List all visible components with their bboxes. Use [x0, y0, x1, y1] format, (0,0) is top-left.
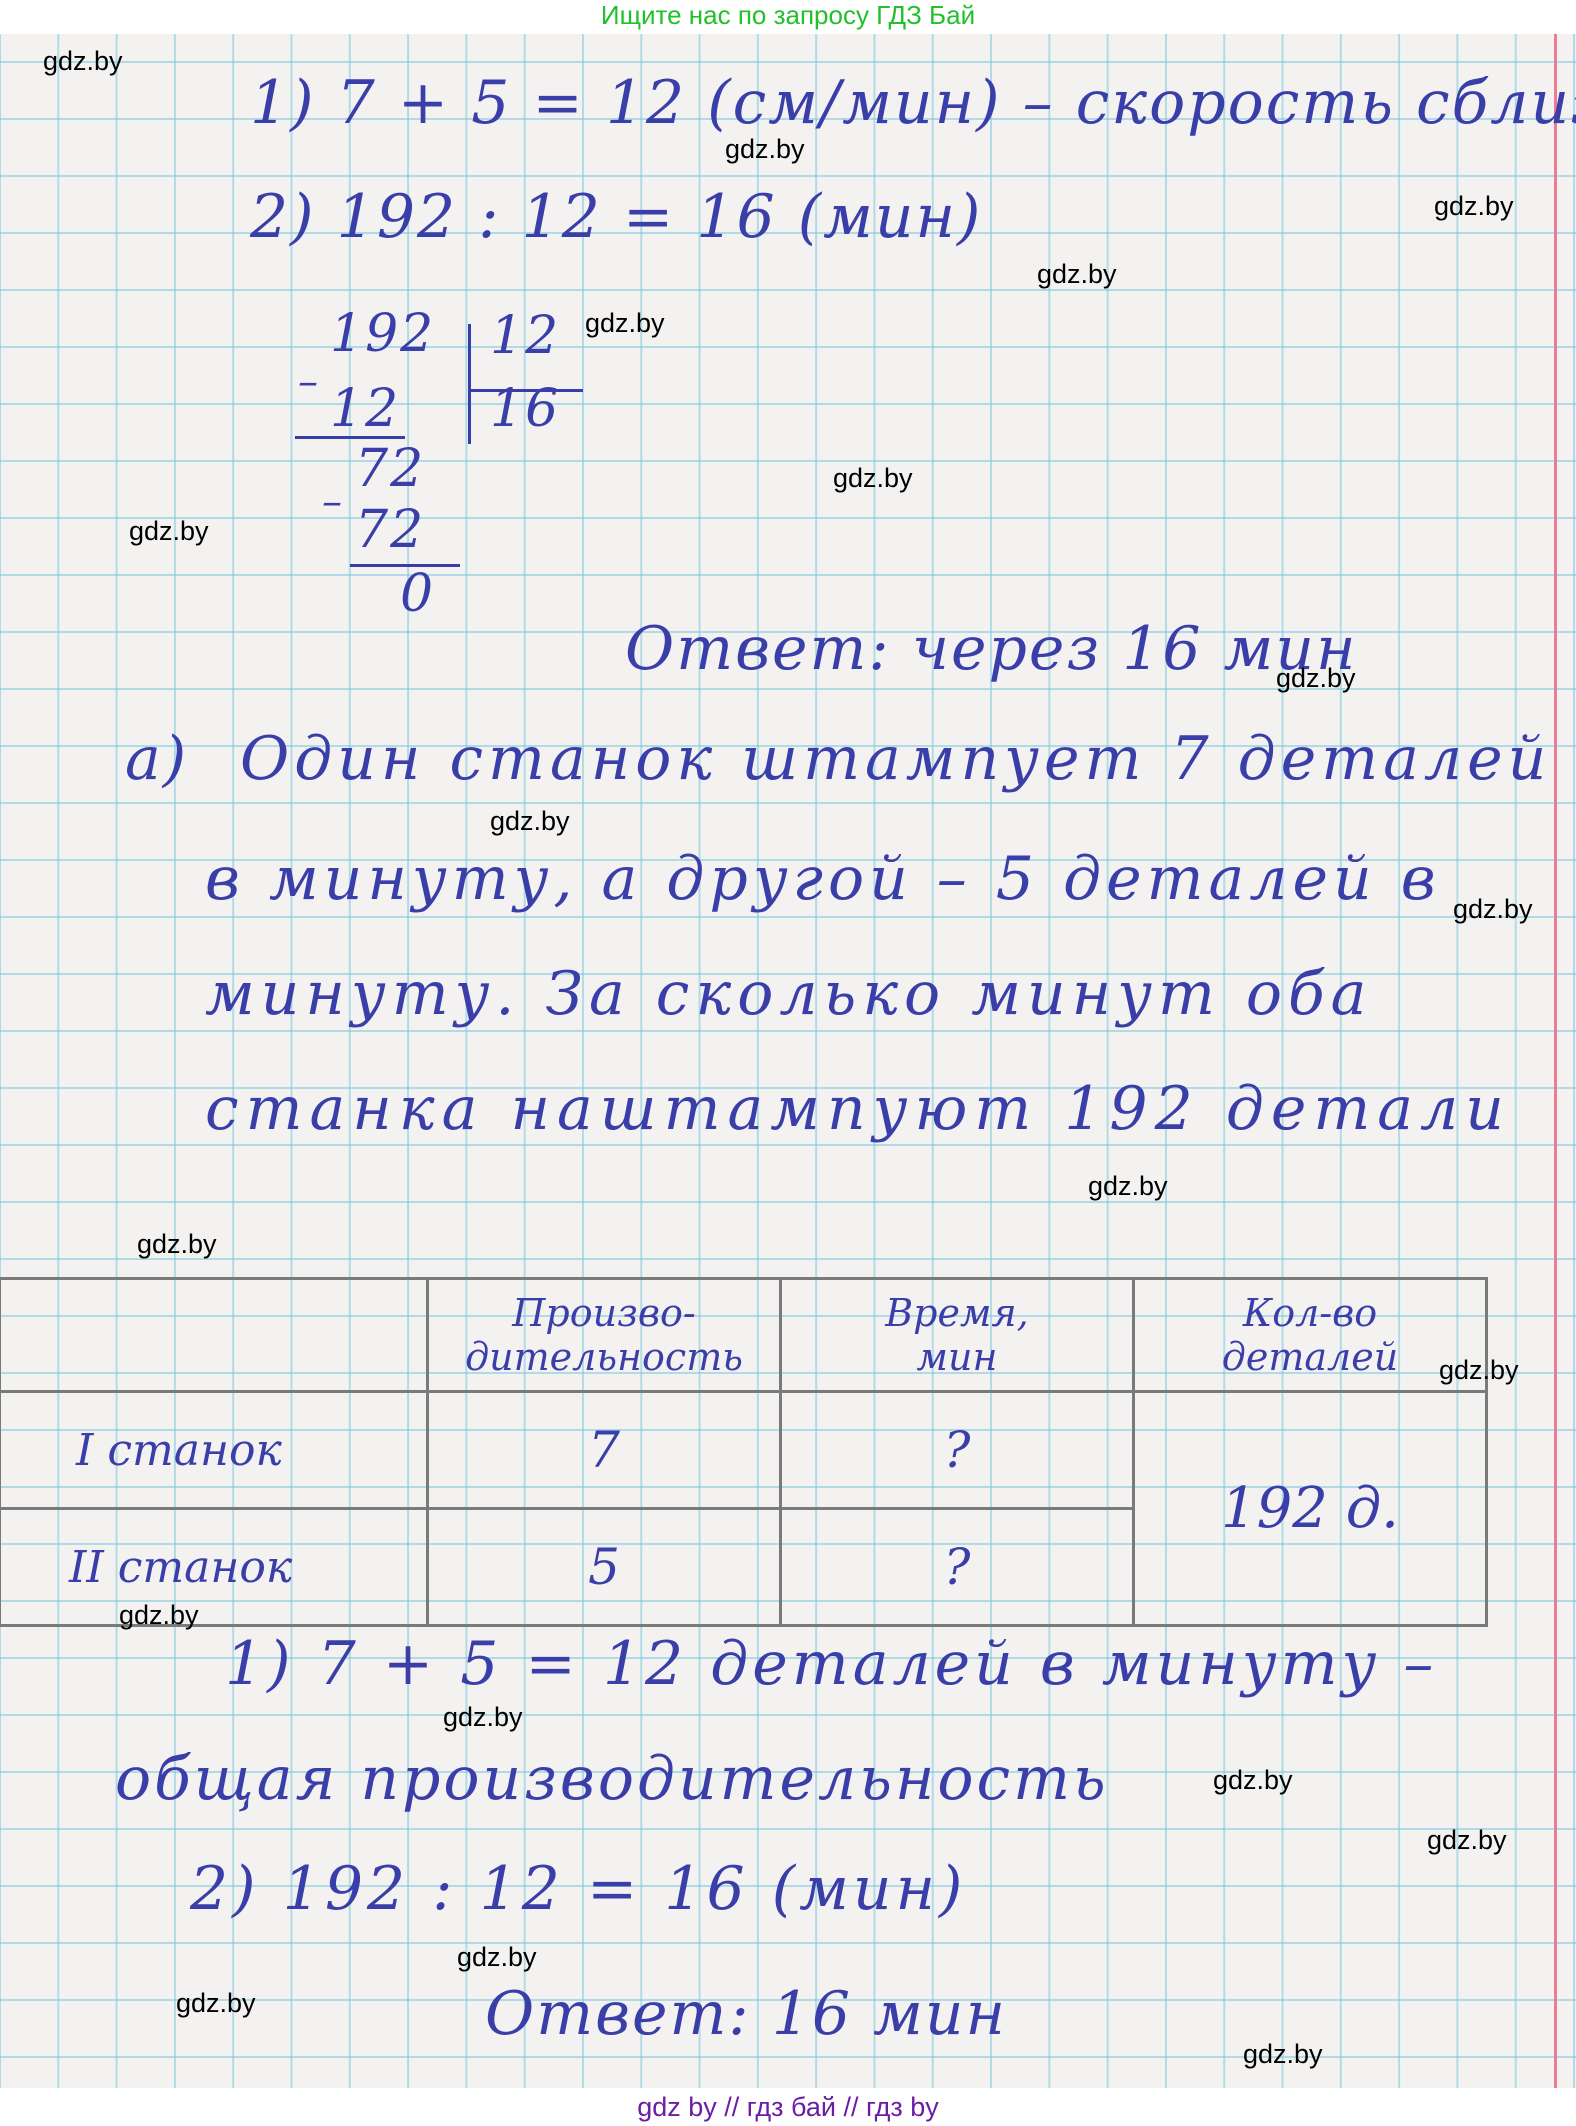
row-time: ?: [781, 1392, 1134, 1509]
dividend: 192: [330, 304, 435, 364]
row-time: ?: [781, 1509, 1134, 1626]
row-label: I станок: [0, 1392, 428, 1509]
table-header-empty: [0, 1279, 428, 1392]
footer-links: gdz by // гдз бай // гдз by: [0, 2088, 1576, 2126]
minus-sign-2: –: [322, 479, 344, 525]
notebook-page: 1) 7 + 5 = 12 (см/мин) – скорость сближе…: [0, 34, 1576, 2088]
table-header-productivity: Произво- дительность: [428, 1279, 781, 1392]
prev-step-2: 2) 192 : 12 = 16 (мин): [250, 182, 982, 252]
row-productivity: 7: [428, 1392, 781, 1509]
minus-sign-1: –: [298, 359, 320, 405]
watermark: gdz.by: [833, 463, 913, 494]
watermark: gdz.by: [457, 1942, 537, 1973]
watermark: gdz.by: [137, 1229, 217, 1260]
header-label: Произво- дительность: [465, 1291, 743, 1379]
task-line-2: в минуту, а другой – 5 деталей в: [205, 844, 1441, 914]
row-label: II станок: [0, 1509, 428, 1626]
watermark: gdz.by: [585, 308, 665, 339]
task-line-1: Один станок штампует 7 деталей: [240, 724, 1551, 794]
watermark: gdz.by: [443, 1702, 523, 1733]
total-count: 192 д.: [1134, 1392, 1487, 1626]
watermark: gdz.by: [1243, 2039, 1323, 2070]
watermark: gdz.by: [176, 1988, 256, 2019]
quotient: 16: [490, 379, 560, 439]
watermark: gdz.by: [43, 46, 123, 77]
prev-step-1: 1) 7 + 5 = 12 (см/мин) – скорость сближе…: [250, 68, 1576, 138]
final-remainder: 0: [400, 564, 435, 624]
subtrahend-2: 72: [355, 500, 425, 560]
watermark: gdz.by: [1427, 1825, 1507, 1856]
task-line-3: минуту. За сколько минут оба: [205, 959, 1372, 1029]
remainder-1: 72: [355, 439, 425, 499]
watermark: gdz.by: [1453, 894, 1533, 925]
watermark: gdz.by: [725, 134, 805, 165]
table-row: I станок 7 ? 192 д.: [0, 1392, 1487, 1509]
table-header-count: Кол-во деталей: [1134, 1279, 1487, 1392]
watermark: gdz.by: [1434, 191, 1514, 222]
table-header-time: Время, мин: [781, 1279, 1134, 1392]
header-label: Время, мин: [885, 1291, 1028, 1379]
divisor: 12: [490, 306, 560, 366]
solution-step-1: 1) 7 + 5 = 12 деталей в минуту –: [225, 1629, 1437, 1699]
task-label: а): [125, 724, 188, 794]
watermark: gdz.by: [1213, 1765, 1293, 1796]
subtrahend-1: 12: [330, 379, 400, 439]
row-productivity: 5: [428, 1509, 781, 1626]
watermark: gdz.by: [129, 516, 209, 547]
solution-step-2: 2) 192 : 12 = 16 (мин): [190, 1854, 966, 1924]
search-banner: Ищите нас по запросу ГДЗ Бай: [0, 0, 1576, 34]
watermark: gdz.by: [1037, 259, 1117, 290]
division-bar: [468, 324, 471, 444]
data-table: Произво- дительность Время, мин Кол-во д…: [0, 1277, 1488, 1627]
watermark: gdz.by: [1088, 1171, 1168, 1202]
table-header-row: Произво- дительность Время, мин Кол-во д…: [0, 1279, 1487, 1392]
margin-line: [1554, 34, 1557, 2088]
watermark: gdz.by: [1276, 663, 1356, 694]
watermark: gdz.by: [490, 806, 570, 837]
prev-answer: Ответ: через 16 мин: [625, 614, 1358, 684]
solution-step-1-cont: общая производительность: [115, 1744, 1109, 1814]
solution-answer: Ответ: 16 мин: [485, 1979, 1007, 2049]
header-label: Кол-во деталей: [1222, 1291, 1398, 1379]
watermark: gdz.by: [119, 1600, 199, 1631]
task-line-4: станка наштампуют 192 детали: [205, 1074, 1511, 1144]
watermark: gdz.by: [1439, 1355, 1519, 1386]
